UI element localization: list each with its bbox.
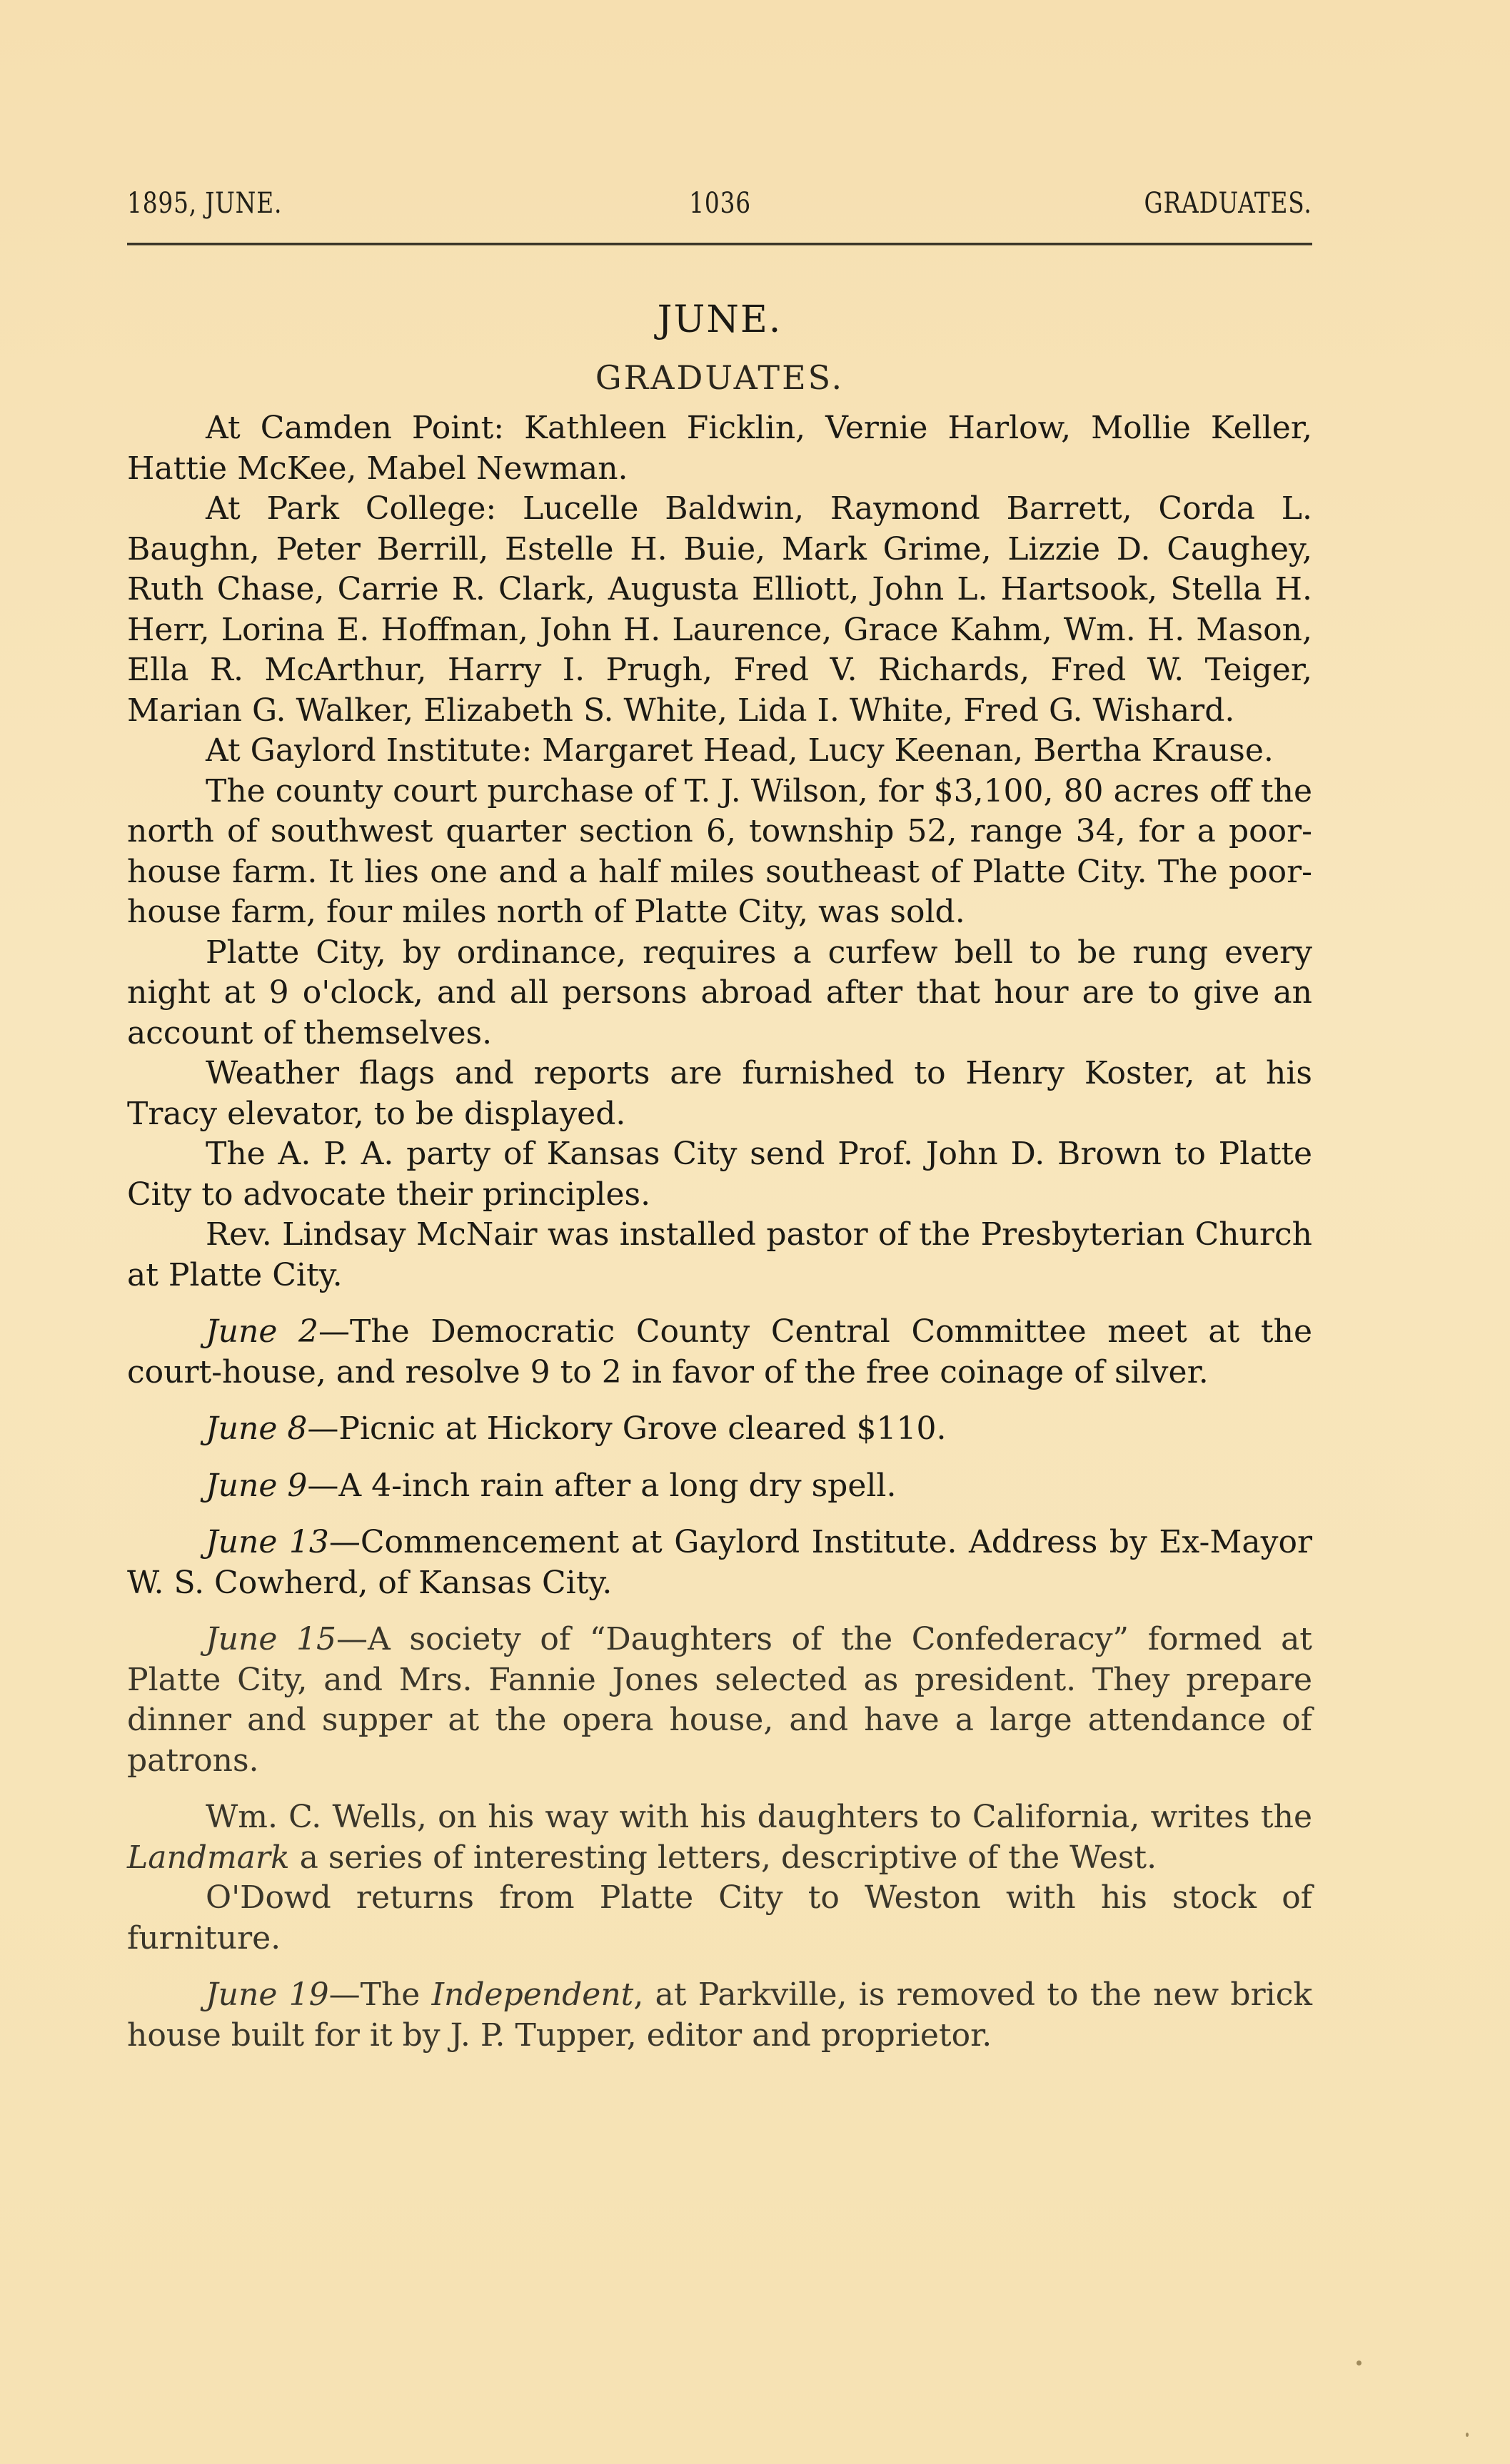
month-heading: JUNE.: [127, 298, 1312, 341]
paragraph-gaylord-institute: At Gaylord Institute: Margaret Head, Luc…: [127, 731, 1312, 772]
newspaper-title-landmark: Landmark: [127, 1839, 290, 1876]
paragraph-park-college: At Park College: Lucelle Baldwin, Raymon…: [127, 489, 1312, 731]
newspaper-title-independent: Independent: [432, 1976, 634, 2013]
entry-date: June 8: [206, 1410, 307, 1447]
entry-date: June 13: [206, 1524, 329, 1560]
page-body: At Camden Point: Kathleen Ficklin, Verni…: [127, 408, 1312, 2056]
entry-june-2: June 2—The Democratic County Central Com…: [127, 1312, 1312, 1393]
entry-june-19: June 19—The Independent, at Parkville, i…: [127, 1975, 1312, 2056]
entry-june-9: June 9—A 4-inch rain after a long dry sp…: [127, 1466, 1312, 1507]
paper-blemish: [1466, 2433, 1469, 2437]
entry-date: June 19: [206, 1976, 329, 2013]
entry-text-before: Wm. C. Wells, on his way with his daught…: [206, 1799, 1312, 1835]
entry-odowd: O'Dowd returns from Platte City to Westo…: [127, 1878, 1312, 1959]
entry-wells-letters: Wm. C. Wells, on his way with his daught…: [127, 1797, 1312, 1878]
paragraph-curfew: Platte City, by ordinance, requires a cu…: [127, 933, 1312, 1054]
entry-date: June 15: [206, 1621, 336, 1657]
paragraph-mcnair: Rev. Lindsay McNair was installed pastor…: [127, 1215, 1312, 1296]
running-head: 1895, JUNE. 1036 GRADUATES.: [127, 187, 1312, 223]
paragraph-poor-house-farm: The county court purchase of T. J. Wilso…: [127, 772, 1312, 933]
entry-date: June 9: [206, 1468, 307, 1504]
running-head-date: 1895, JUNE.: [127, 187, 282, 220]
entry-text: A 4-inch rain after a long dry spell.: [338, 1468, 896, 1504]
entry-date: June 2: [206, 1313, 318, 1350]
paragraph-apa-party: The A. P. A. party of Kansas City send P…: [127, 1134, 1312, 1215]
entry-june-13: June 13—Commencement at Gaylord Institut…: [127, 1523, 1312, 1603]
entry-text: Picnic at Hickory Grove cleared $110.: [338, 1410, 946, 1447]
entry-june-8: June 8—Picnic at Hickory Grove cleared $…: [127, 1409, 1312, 1450]
running-head-section: GRADUATES.: [1144, 187, 1312, 220]
entry-text-before: The: [361, 1976, 432, 2013]
entry-text-after: a series of interesting letters, descrip…: [290, 1839, 1157, 1876]
entry-june-15: June 15—A society of “Daughters of the C…: [127, 1620, 1312, 1781]
paper-blemish: [1357, 2361, 1361, 2365]
header-rule: [127, 243, 1312, 246]
page-number: 1036: [689, 187, 751, 220]
paragraph-camden-point: At Camden Point: Kathleen Ficklin, Verni…: [127, 408, 1312, 489]
paragraph-weather-flags: Weather flags and reports are furnished …: [127, 1054, 1312, 1134]
section-heading: GRADUATES.: [127, 358, 1312, 397]
